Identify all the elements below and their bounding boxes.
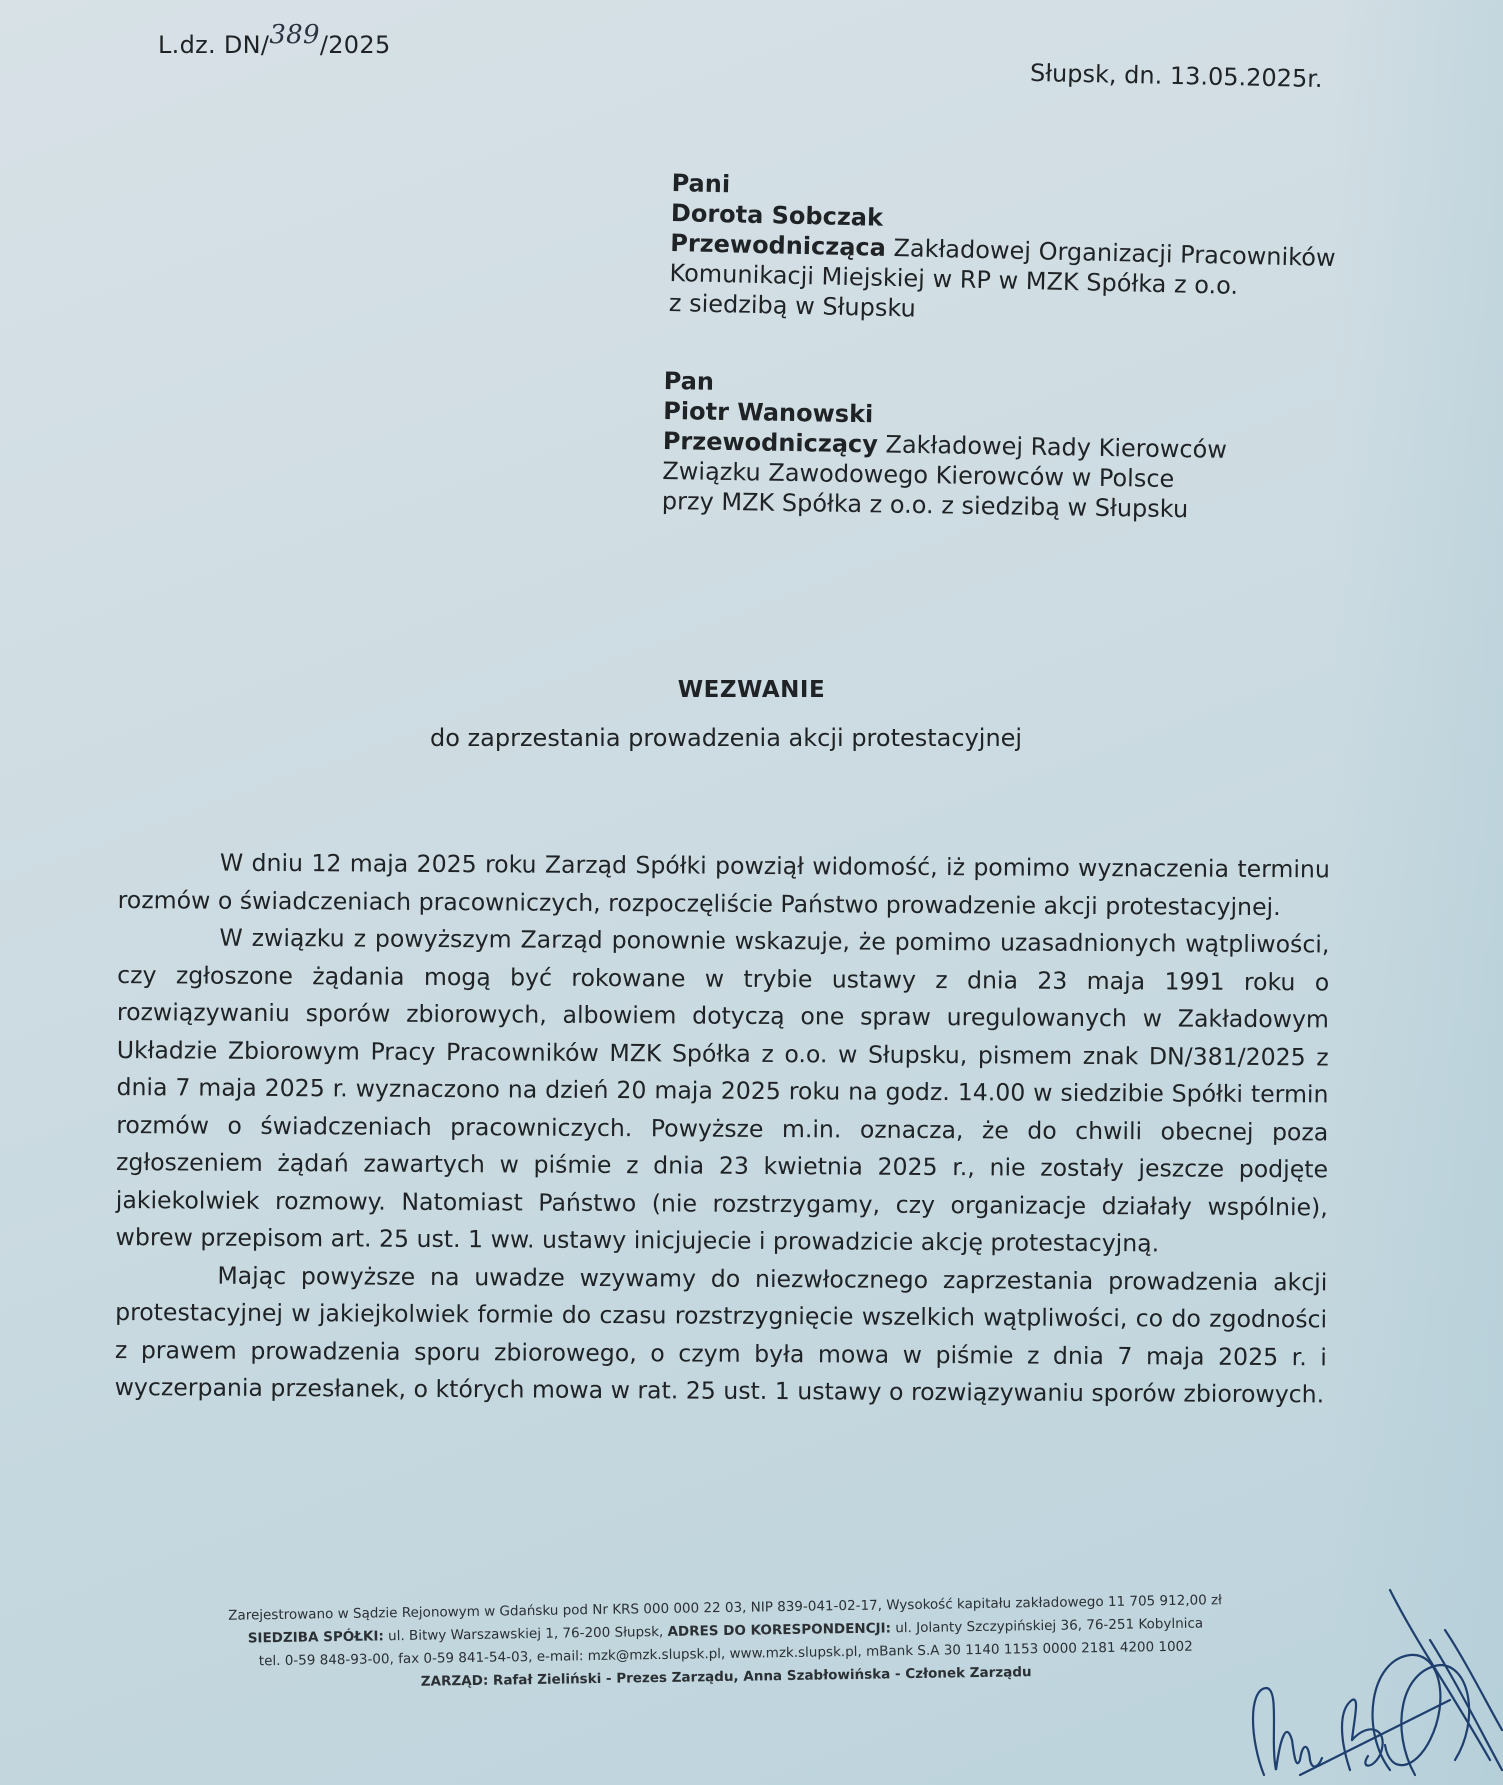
body-paragraph: W dniu 12 maja 2025 roku Zarząd Spółki p… — [118, 844, 1330, 926]
signature-icon — [1240, 1570, 1503, 1785]
page-edge-shadow — [1333, 0, 1503, 1785]
reference-number: L.dz. DN/389/2025 — [158, 30, 391, 60]
place-date: Słupsk, dn. 13.05.2025r. — [1030, 59, 1323, 93]
document-subtitle: do zaprzestania prowadzenia akcji protes… — [430, 724, 1022, 752]
footer-label: ADRES DO KORESPONDENCJI: — [667, 1620, 891, 1640]
footer-text: Rafał Zieliński - Prezes Zarządu, Anna S… — [488, 1664, 1031, 1689]
footer-text: ul. Bitwy Warszawskiej 1, 76-200 Słupsk, — [384, 1624, 668, 1644]
letter-body: W dniu 12 maja 2025 roku Zarząd Spółki p… — [115, 844, 1330, 1414]
document-title: WEZWANIE — [0, 677, 1503, 703]
company-footer: Zarejestrowano w Sądzie Rejonowym w Gdań… — [150, 1588, 1301, 1698]
reference-prefix: L.dz. DN/ — [158, 31, 269, 59]
footer-label: SIEDZIBA SPÓŁKI: — [248, 1628, 384, 1646]
addressee-title-rest: Zakładowej Rady Kierowców — [878, 430, 1227, 463]
body-paragraph: W związku z powyższym Zarząd ponownie ws… — [115, 919, 1329, 1264]
handwritten-number: 389 — [269, 20, 320, 50]
footer-text: ul. Jolanty Szczypińskiej 36, 76-251 Kob… — [891, 1615, 1203, 1636]
addressee-title: Przewodnicząca — [670, 229, 886, 262]
letter-page: L.dz. DN/389/2025 Słupsk, dn. 13.05.2025… — [0, 0, 1503, 1785]
footer-label: ZARZĄD: — [421, 1673, 489, 1690]
addressee-title: Przewodniczący — [663, 427, 879, 458]
reference-suffix: /2025 — [320, 31, 391, 59]
body-paragraph: Mając powyższe na uwadze wzywamy do niez… — [115, 1256, 1328, 1413]
addressee-block-2: Pan Piotr Wanowski Przewodniczący Zakład… — [662, 366, 1228, 525]
addressee-block-1: Pani Dorota Sobczak Przewodnicząca Zakła… — [669, 168, 1338, 333]
